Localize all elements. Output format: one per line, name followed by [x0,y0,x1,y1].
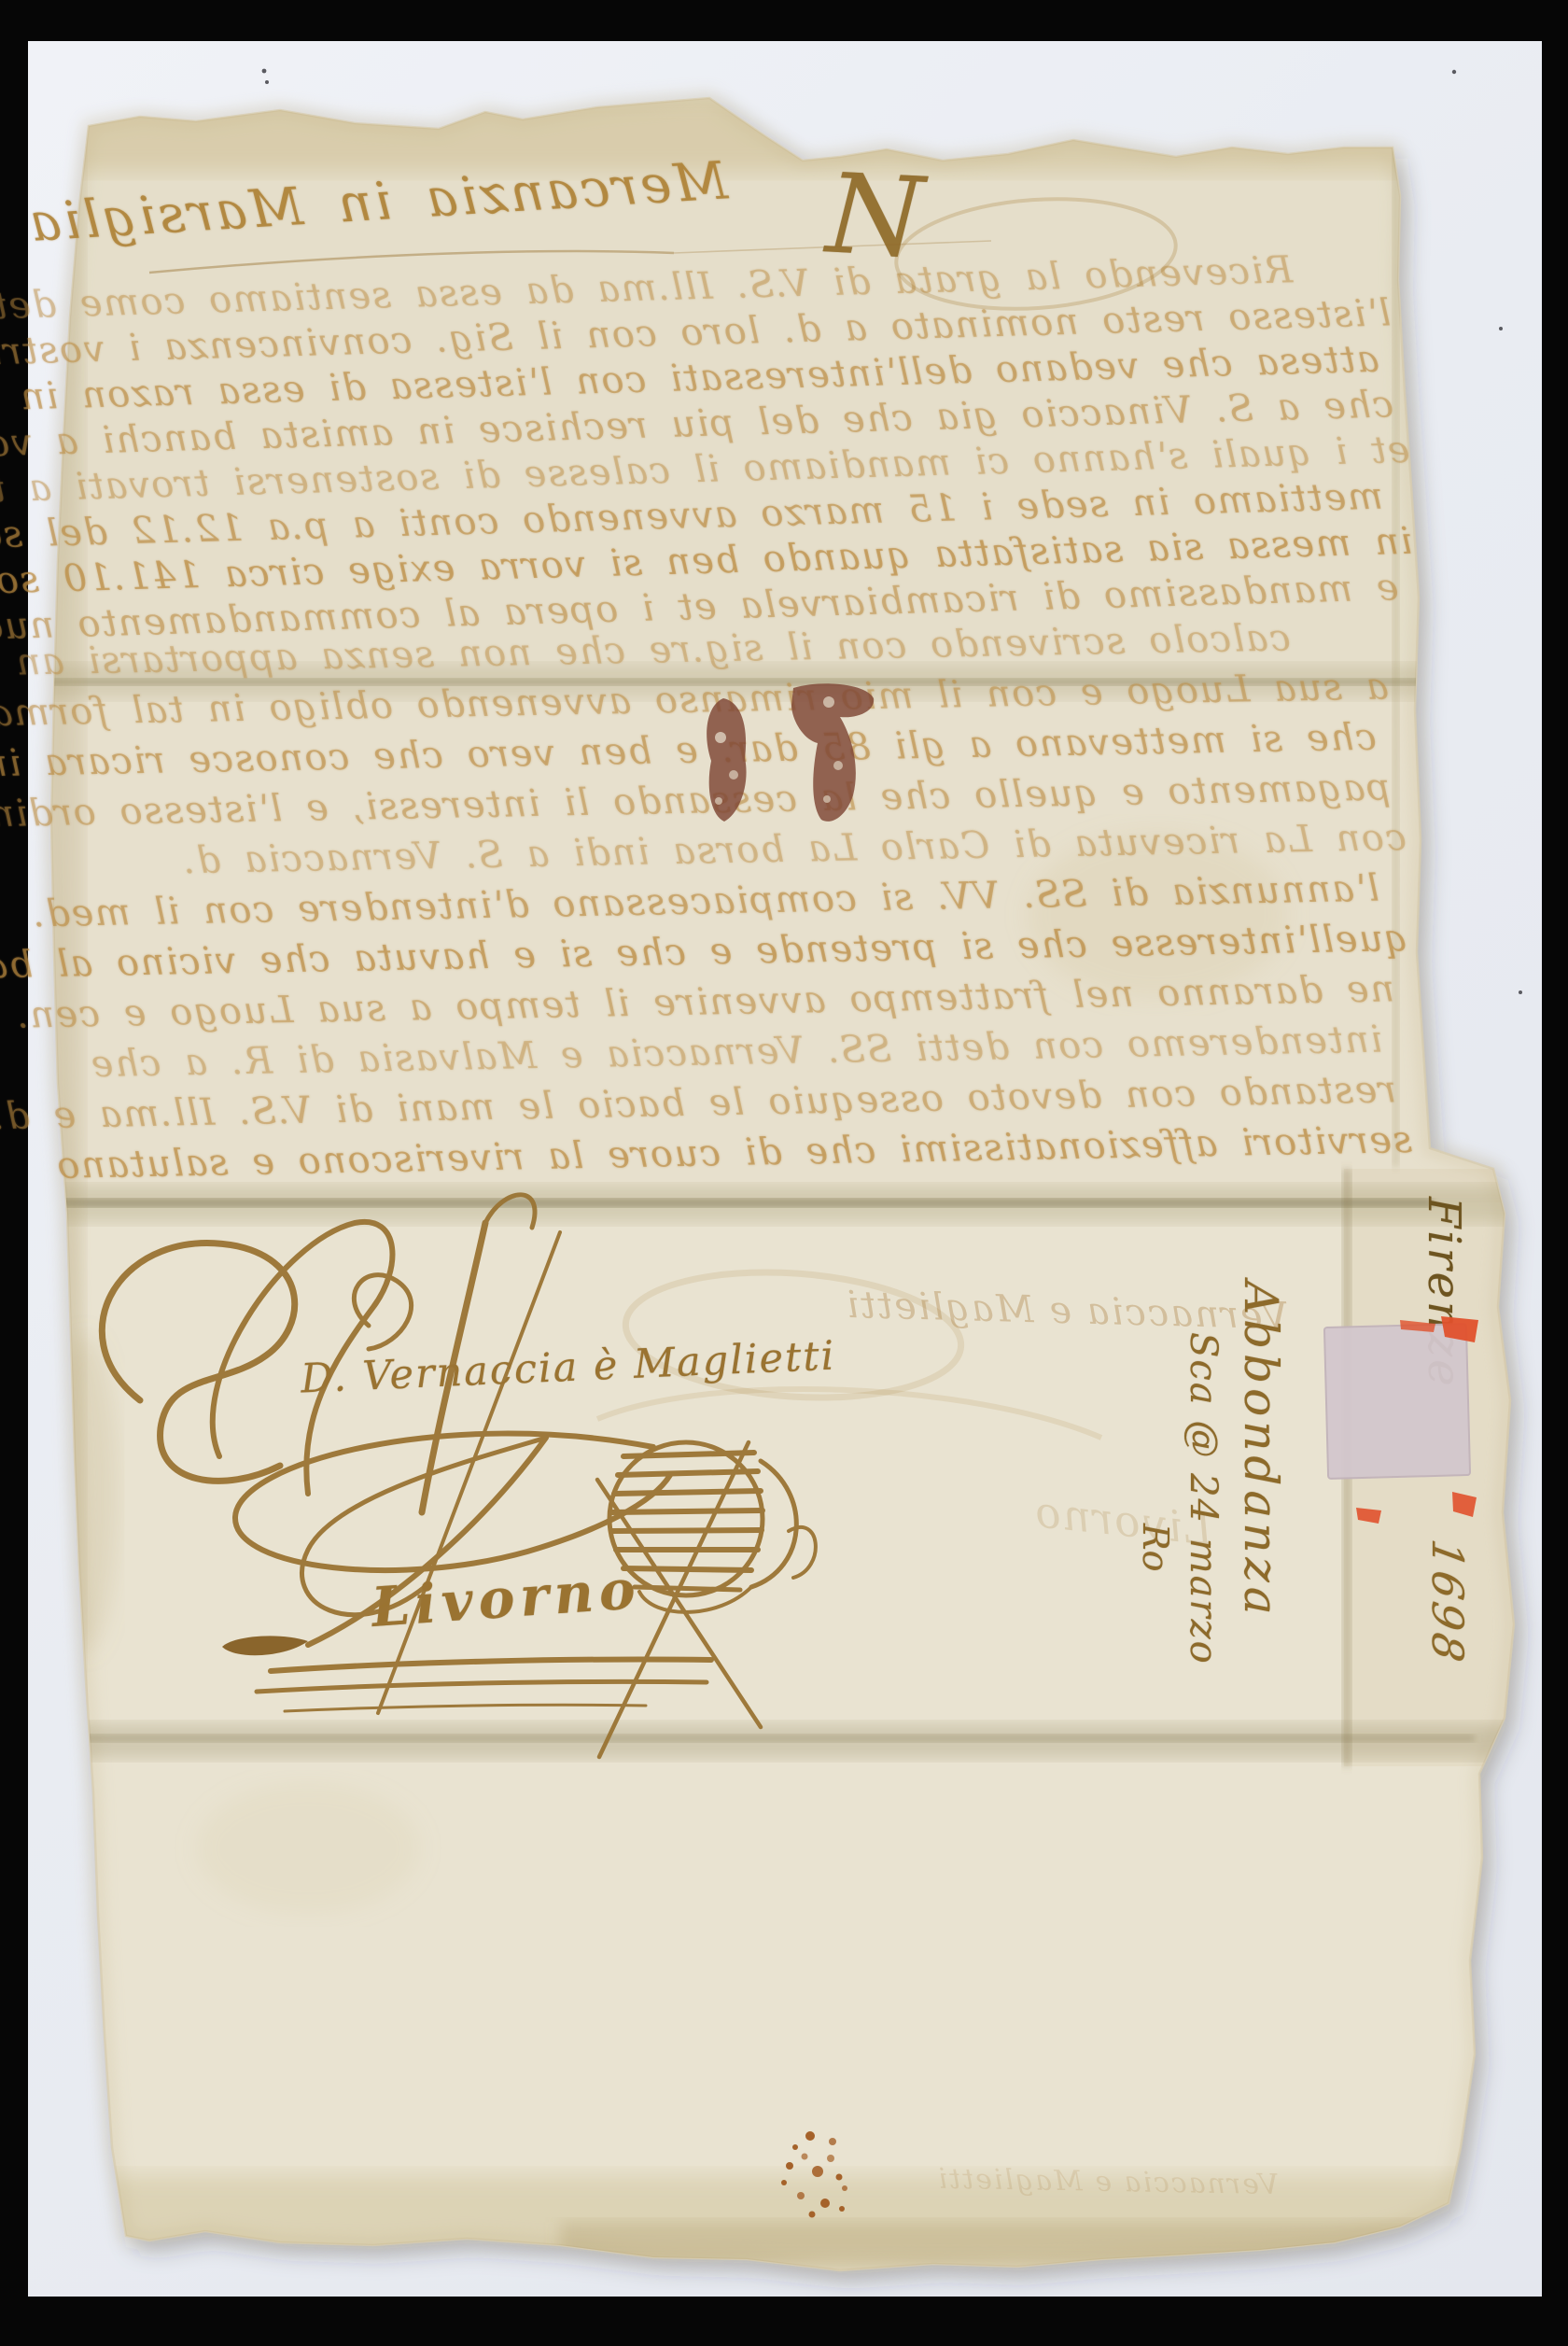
photo-stage: Mercanzia in Marsiglia adi Ricevendo la … [0,0,1568,2346]
backing-sheet [28,41,1542,2297]
